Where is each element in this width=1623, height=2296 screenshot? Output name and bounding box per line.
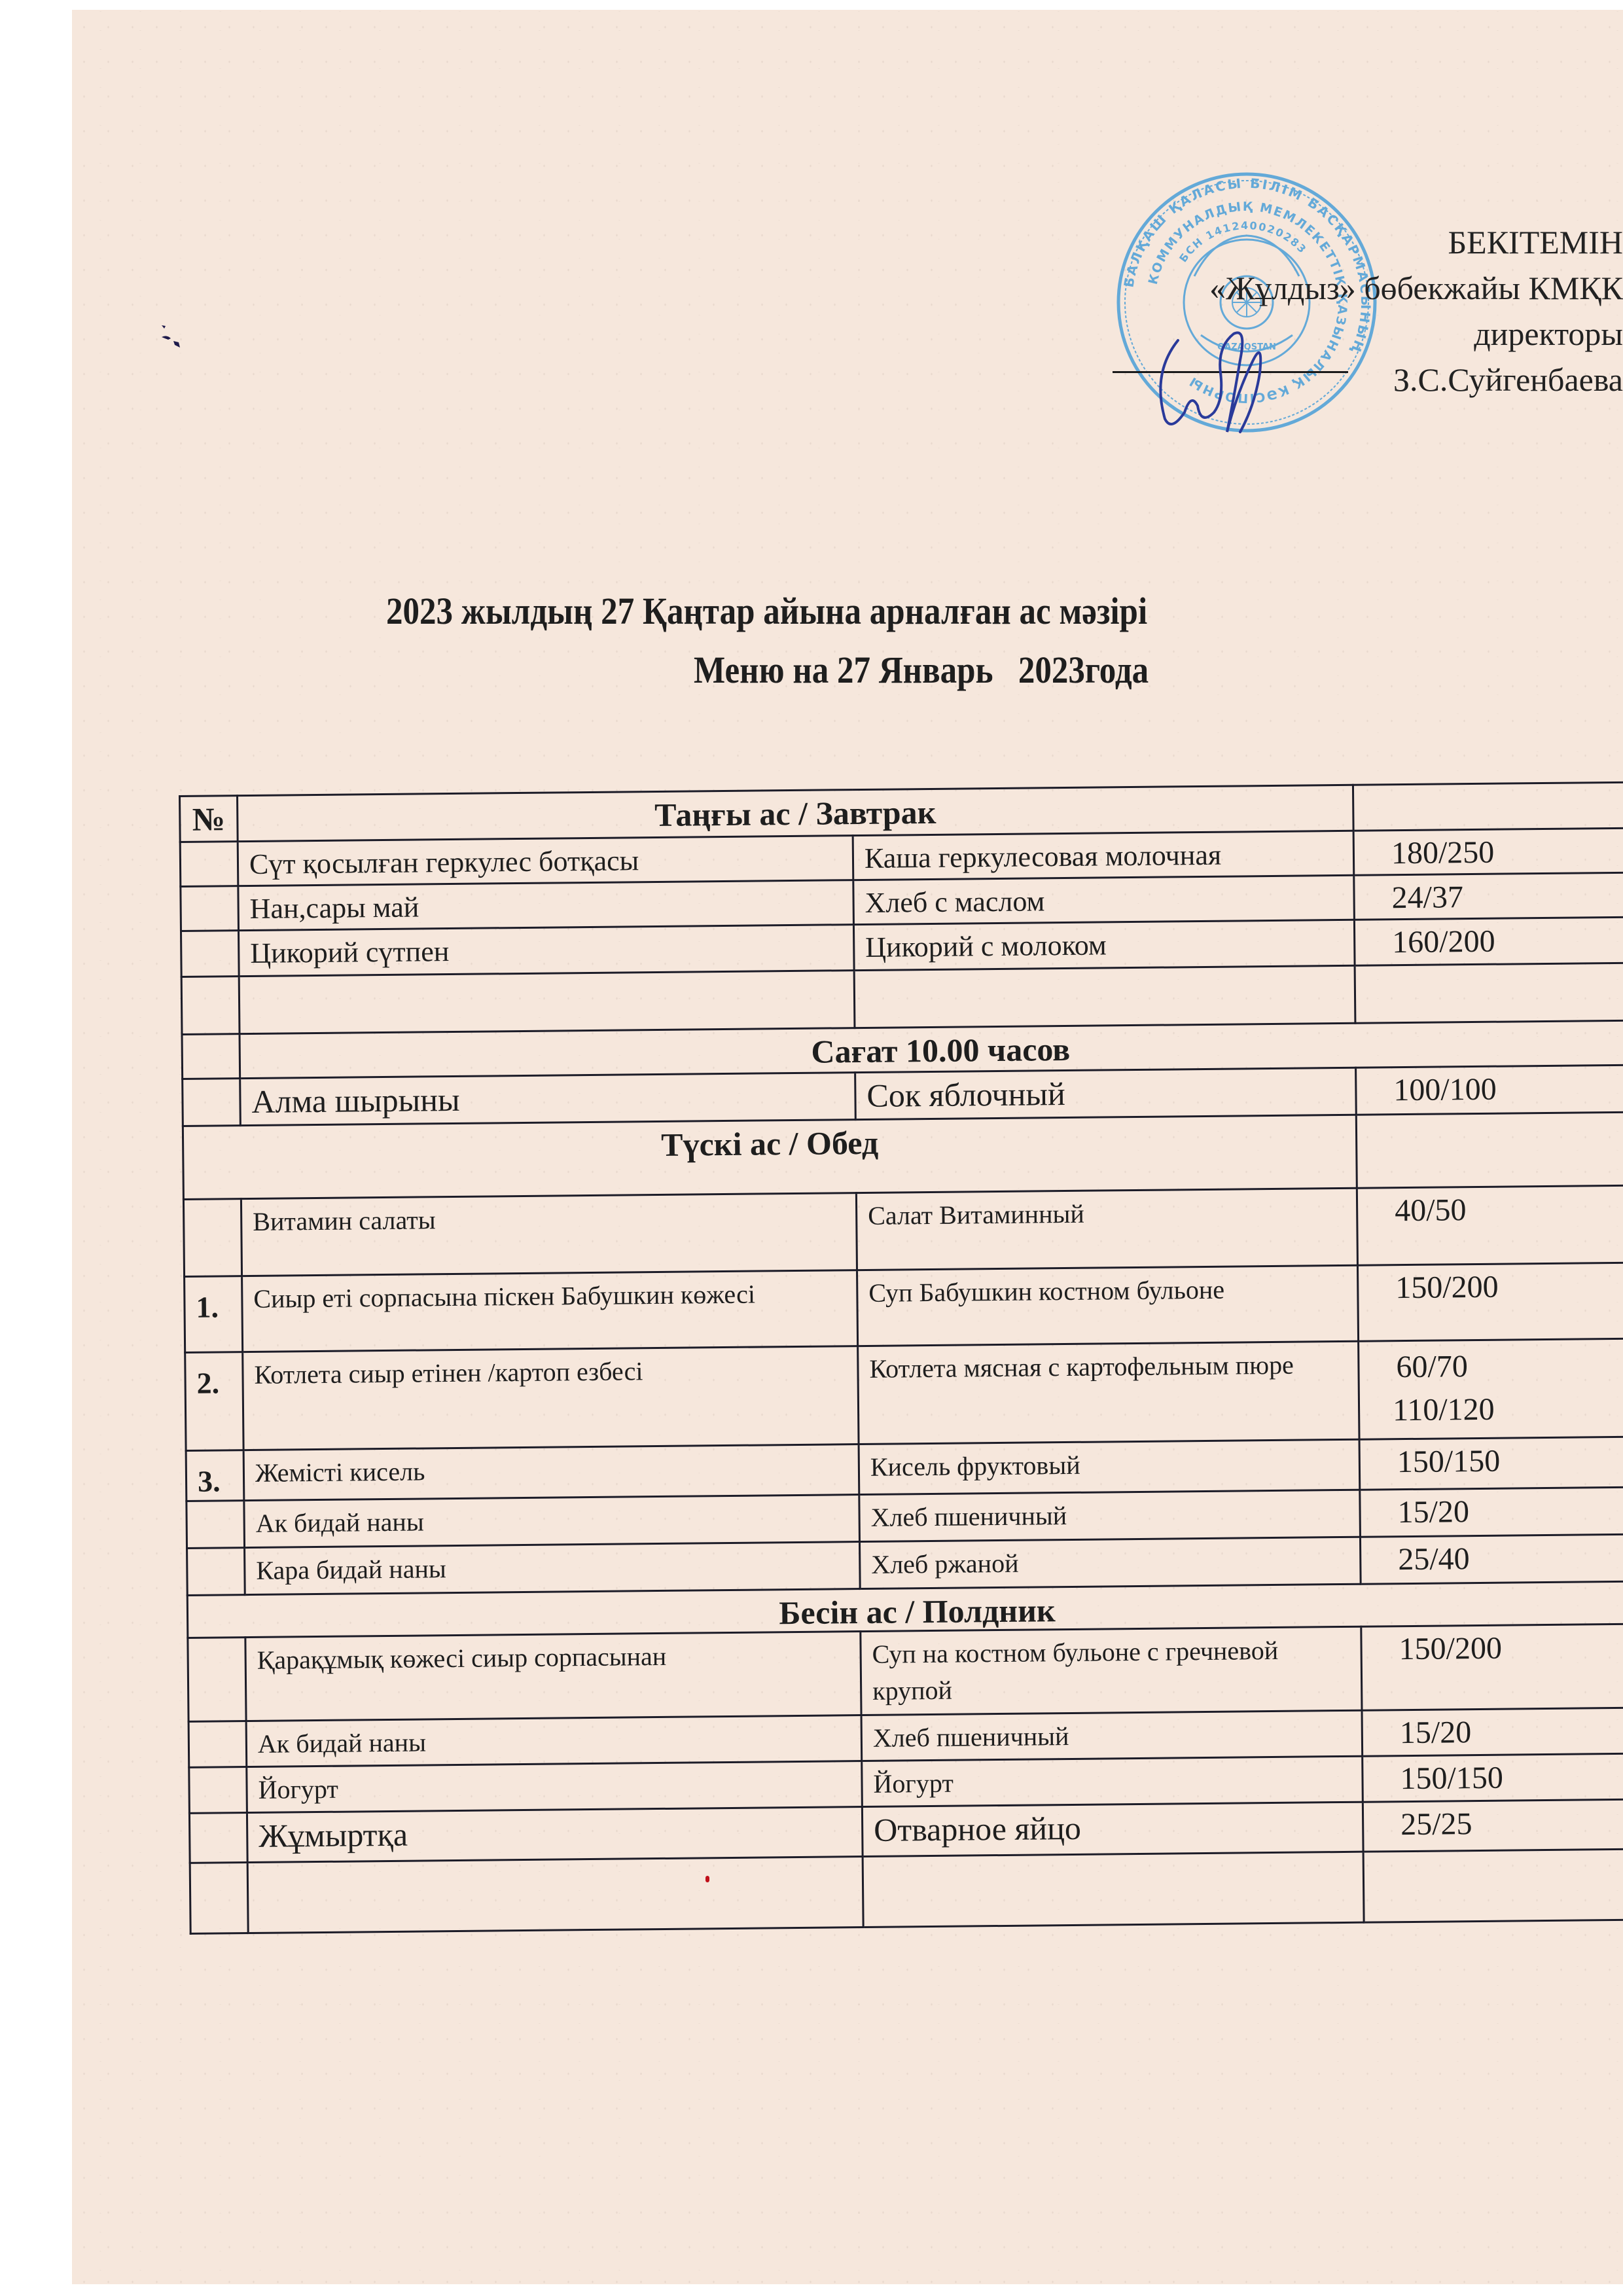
item-name-kazakh: Кара бидай наны	[245, 1542, 861, 1595]
item-name-russian: Салат Витаминный	[856, 1188, 1357, 1270]
item-portion	[1355, 963, 1623, 1023]
item-name-kazakh: Алма шырыны	[240, 1073, 856, 1126]
portion-column-header	[1353, 782, 1623, 831]
item-name-kazakh: Қарақұмық көжесі сиыр сорпасынан	[245, 1632, 861, 1721]
item-number: 1.	[185, 1276, 243, 1353]
menu-title-russian: Меню на 27 Январь 2023года	[694, 648, 1149, 692]
item-number	[181, 886, 239, 931]
item-name-kazakh: Жемісті кисель	[243, 1444, 859, 1501]
item-number	[187, 1501, 245, 1549]
ink-speck	[160, 324, 187, 350]
item-number	[188, 1638, 246, 1722]
item-portion: 24/37	[1354, 872, 1623, 920]
menu-item-row	[190, 1849, 1623, 1933]
portion-line: 110/120	[1393, 1387, 1623, 1433]
item-name-russian: Суп на костном бульоне с гречневой крупо…	[861, 1626, 1362, 1715]
item-portion: 15/20	[1362, 1708, 1623, 1756]
item-number: 2.	[185, 1352, 243, 1451]
menu-item-row: 2.Котлета сиыр етінен /картоп езбесіКотл…	[185, 1338, 1623, 1450]
item-number	[183, 1199, 241, 1277]
item-portion: 160/200	[1354, 917, 1623, 965]
item-name-kazakh	[239, 971, 855, 1034]
menu-table: №Таңғы ас / ЗавтракСүт қосылған геркулес…	[179, 781, 1623, 1935]
item-number	[189, 1767, 247, 1814]
item-name-russian: Отварное яйцо	[862, 1802, 1363, 1856]
menu-title-kazakh: 2023 жылдың 27 Қаңтар айына арналған ас …	[386, 589, 1147, 633]
item-name-russian: Суп Бабушкин костном бульоне	[857, 1265, 1359, 1346]
item-name-kazakh: Жұмыртқа	[247, 1807, 863, 1863]
item-name-russian	[863, 1852, 1364, 1927]
item-name-russian	[854, 965, 1355, 1028]
menu-item-row: 1.Сиыр еті сорпасына піскен Бабушкин көж…	[185, 1263, 1623, 1352]
approval-organization: «Жұлдыз» бөбекжайы КМҚК	[1113, 265, 1623, 311]
item-name-kazakh: Сүт қосылған геркулес ботқасы	[238, 836, 853, 886]
item-name-kazakh: Сиыр еті сорпасына піскен Бабушкин көжес…	[242, 1270, 858, 1352]
item-name-kazakh: Цикорий сүтпен	[238, 925, 854, 977]
item-name-kazakh: Ак бидай наны	[244, 1495, 860, 1548]
item-name-russian: Цикорий с молоком	[853, 920, 1355, 970]
item-portion: 60/70110/120	[1359, 1338, 1623, 1439]
approval-heading: БЕКІТЕМІН	[1113, 219, 1623, 265]
item-portion: 100/100	[1356, 1065, 1623, 1115]
item-name-russian: Хлеб пшеничный	[859, 1490, 1361, 1541]
item-portion: 150/200	[1357, 1263, 1623, 1341]
item-portion: 25/25	[1363, 1799, 1623, 1852]
item-number	[181, 931, 239, 977]
section-header-row: Түскі ас / Обед	[183, 1112, 1623, 1199]
item-number	[180, 842, 238, 887]
item-name-russian: Кисель фруктовый	[859, 1439, 1360, 1494]
item-number	[183, 1079, 241, 1126]
director-signature	[1152, 327, 1289, 445]
item-number	[187, 1548, 245, 1596]
item-portion: 15/20	[1360, 1487, 1623, 1537]
item-name-kazakh: Ак бидай наны	[246, 1715, 862, 1767]
portion-line: 60/70	[1396, 1344, 1623, 1389]
item-name-kazakh	[247, 1857, 863, 1933]
item-name-russian: Йогурт	[862, 1756, 1363, 1806]
item-portion: 40/50	[1357, 1185, 1623, 1265]
item-name-russian: Котлета мясная с картофельным пюре	[858, 1341, 1359, 1444]
item-name-russian: Сок яблочный	[855, 1067, 1357, 1119]
item-number: 3.	[186, 1450, 244, 1501]
item-number	[181, 977, 240, 1035]
item-name-kazakh: Витамин салаты	[241, 1193, 857, 1276]
red-ink-mark	[705, 1876, 709, 1882]
item-portion: 150/200	[1361, 1624, 1623, 1710]
item-number	[189, 1813, 247, 1863]
item-name-russian: Хлеб пшеничный	[861, 1710, 1363, 1761]
menu-item-row: Витамин салатыСалат Витаминный40/50	[183, 1185, 1623, 1276]
item-number	[188, 1721, 247, 1768]
item-number	[190, 1863, 248, 1934]
item-name-kazakh: Нан,сары май	[238, 880, 854, 931]
section-title-lunch: Түскі ас / Обед	[183, 1115, 1357, 1199]
number-column-header: №	[180, 796, 238, 842]
item-portion: 25/40	[1360, 1534, 1623, 1584]
item-name-kazakh: Котлета сиыр етінен /картоп езбесі	[243, 1346, 859, 1450]
item-portion: 150/150	[1359, 1437, 1623, 1490]
item-name-russian: Хлеб с маслом	[853, 875, 1355, 924]
item-name-russian: Каша геркулесовая молочная	[853, 831, 1354, 880]
section-number-cell	[182, 1034, 240, 1079]
item-name-kazakh: Йогурт	[247, 1761, 863, 1813]
menu-item-row: Қарақұмық көжесі сиыр сорпасынанСуп на к…	[188, 1624, 1623, 1721]
section-portion-cell	[1356, 1112, 1623, 1188]
item-portion: 150/150	[1363, 1753, 1623, 1802]
item-portion: 180/250	[1353, 828, 1623, 875]
item-portion	[1363, 1849, 1623, 1922]
item-name-russian: Хлеб ржаной	[859, 1537, 1361, 1588]
